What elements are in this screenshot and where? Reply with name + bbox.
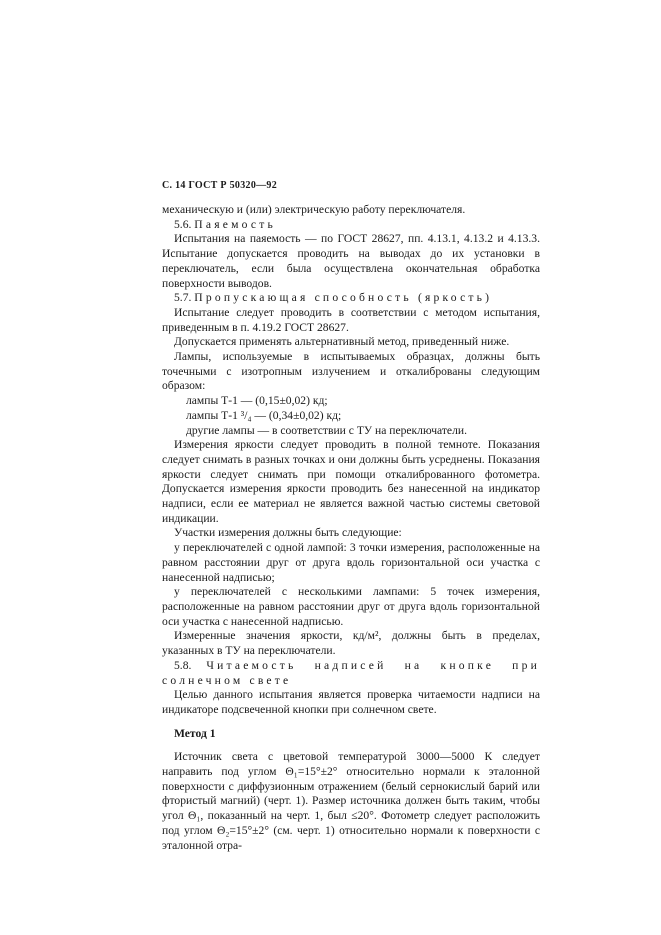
section-heading-5-7: 5.7. Пропускающая способность (яркость) bbox=[162, 291, 540, 306]
list-item: другие лампы — в соответствии с ТУ на пе… bbox=[162, 424, 540, 439]
section-title: Пропускающая способность (яркость) bbox=[194, 291, 492, 304]
section-title: Читаемость надписей на кнопке при солнеч… bbox=[162, 659, 540, 687]
paragraph: Испытание следует проводить в соответств… bbox=[162, 306, 540, 335]
list-item: лампы Т-1 ³/₄ — (0,34±0,02) кд; bbox=[162, 409, 540, 424]
section-number: 5.6. bbox=[174, 218, 191, 231]
paragraph: Целью данного испытания является проверк… bbox=[162, 688, 540, 717]
section-heading-5-6: 5.6. Паяемость bbox=[162, 218, 540, 233]
paragraph: Лампы, используемые в испытываемых образ… bbox=[162, 350, 540, 394]
section-heading-5-8: 5.8. Читаемость надписей на кнопке при с… bbox=[162, 659, 540, 688]
paragraph: Испытания на паяемость — по ГОСТ 28627, … bbox=[162, 232, 540, 291]
paragraph: у переключателей с несколькими лампами: … bbox=[162, 585, 540, 629]
paragraph: Допускается применять альтернативный мет… bbox=[162, 335, 540, 350]
paragraph: Измеренные значения яркости, кд/м², долж… bbox=[162, 629, 540, 658]
page-header: С. 14 ГОСТ Р 50320—92 bbox=[162, 180, 277, 191]
paragraph: механическую и (или) электрическую работ… bbox=[162, 203, 540, 218]
paragraph: Источник света с цветовой температурой 3… bbox=[162, 750, 540, 853]
section-number: 5.7. bbox=[174, 291, 191, 304]
paragraph: Участки измерения должны быть следующие: bbox=[162, 526, 540, 541]
paragraph: у переключателей с одной лампой: 3 точки… bbox=[162, 541, 540, 585]
method-title: Метод 1 bbox=[162, 727, 540, 742]
document-body: механическую и (или) электрическую работ… bbox=[162, 203, 540, 853]
section-number: 5.8. bbox=[174, 659, 191, 672]
paragraph: Измерения яркости следует проводить в по… bbox=[162, 438, 540, 526]
section-title: Паяемость bbox=[194, 218, 276, 231]
list-item: лампы Т-1 — (0,15±0,02) кд; bbox=[162, 394, 540, 409]
